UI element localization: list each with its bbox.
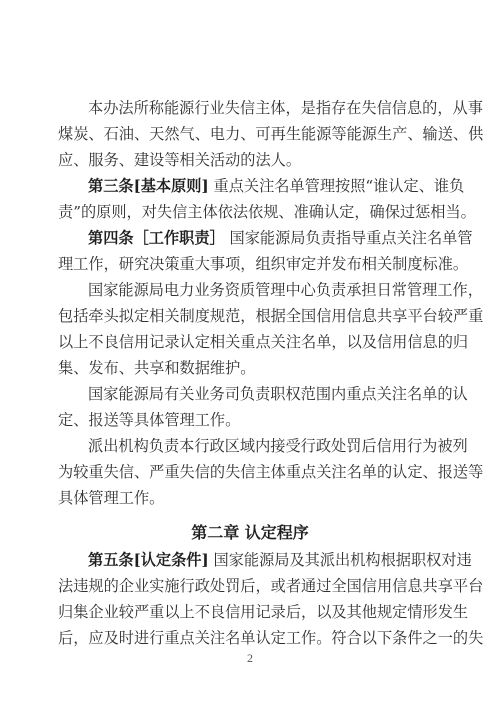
paragraph-4-line-4: 集、发布、共享和数据维护。 <box>58 356 446 380</box>
article-5-heading: 第五条[认定条件] <box>88 551 209 569</box>
article-5-text: 国家能源局及其派出机构根据职权对违 <box>209 551 472 569</box>
paragraph-5-line-2: 定、报送等具体管理工作。 <box>58 408 446 432</box>
article-3-line-1: 第三条[基本原则] 重点关注名单管理按照“谁认定、谁负 <box>88 174 446 198</box>
paragraph-4-line-2: 包括牵头拟定相关制度规范，根据全国信用信息共享平台较严重 <box>58 304 446 328</box>
page-number: 2 <box>0 651 500 666</box>
article-3-heading: 第三条[基本原则] <box>88 177 209 195</box>
paragraph-5-line-1: 国家能源局有关业务司负责职权范围内重点关注名单的认 <box>88 382 446 406</box>
article-3-text: 重点关注名单管理按照“谁认定、谁负 <box>209 177 465 195</box>
paragraph-6-line-3: 具体管理工作。 <box>58 486 446 510</box>
article-3-line-2: 责”的原则，对失信主体依法依规、准确认定，确保过惩相当。 <box>58 200 446 224</box>
chapter-title: 第二章 认定程序 <box>0 521 500 545</box>
article-4-line-2: 理工作，研究决策重大事项，组织审定并发布相关制度标准。 <box>58 252 446 276</box>
paragraph-4-line-3: 以上不良信用记录认定相关重点关注名单，以及信用信息的归 <box>58 330 446 354</box>
paragraph-4-line-1: 国家能源局电力业务资质管理中心负责承担日常管理工作， <box>88 278 446 302</box>
article-4-heading: 第四条［工作职责］ <box>88 229 225 247</box>
paragraph-6-line-1: 派出机构负责本行政区域内接受行政处罚后信用行为被列 <box>88 434 446 458</box>
paragraph-1-line-2: 煤炭、石油、天然气、电力、可再生能源等能源生产、输送、供 <box>58 122 446 146</box>
document-page: 本办法所称能源行业失信主体，是指存在失信信息的，从事 煤炭、石油、天然气、电力、… <box>0 0 500 707</box>
article-5-line-1: 第五条[认定条件] 国家能源局及其派出机构根据职权对违 <box>88 548 446 572</box>
paragraph-1-line-3: 应、服务、建设等相关活动的法人。 <box>58 148 446 172</box>
article-5-line-3: 归集企业较严重以上不良信用记录后，以及其他规定情形发生 <box>58 600 446 624</box>
paragraph-6-line-2: 为较重失信、严重失信的失信主体重点关注名单的认定、报送等 <box>58 460 446 484</box>
article-4-line-1: 第四条［工作职责］ 国家能源局负责指导重点关注名单管 <box>88 226 446 250</box>
paragraph-1-line-1: 本办法所称能源行业失信主体，是指存在失信信息的，从事 <box>88 96 446 120</box>
article-5-line-4: 后，应及时进行重点关注名单认定工作。符合以下条件之一的失 <box>58 626 446 650</box>
article-4-text: 国家能源局负责指导重点关注名单管 <box>225 229 473 247</box>
article-5-line-2: 法违规的企业实施行政处罚后，或者通过全国信用信息共享平台 <box>58 574 446 598</box>
